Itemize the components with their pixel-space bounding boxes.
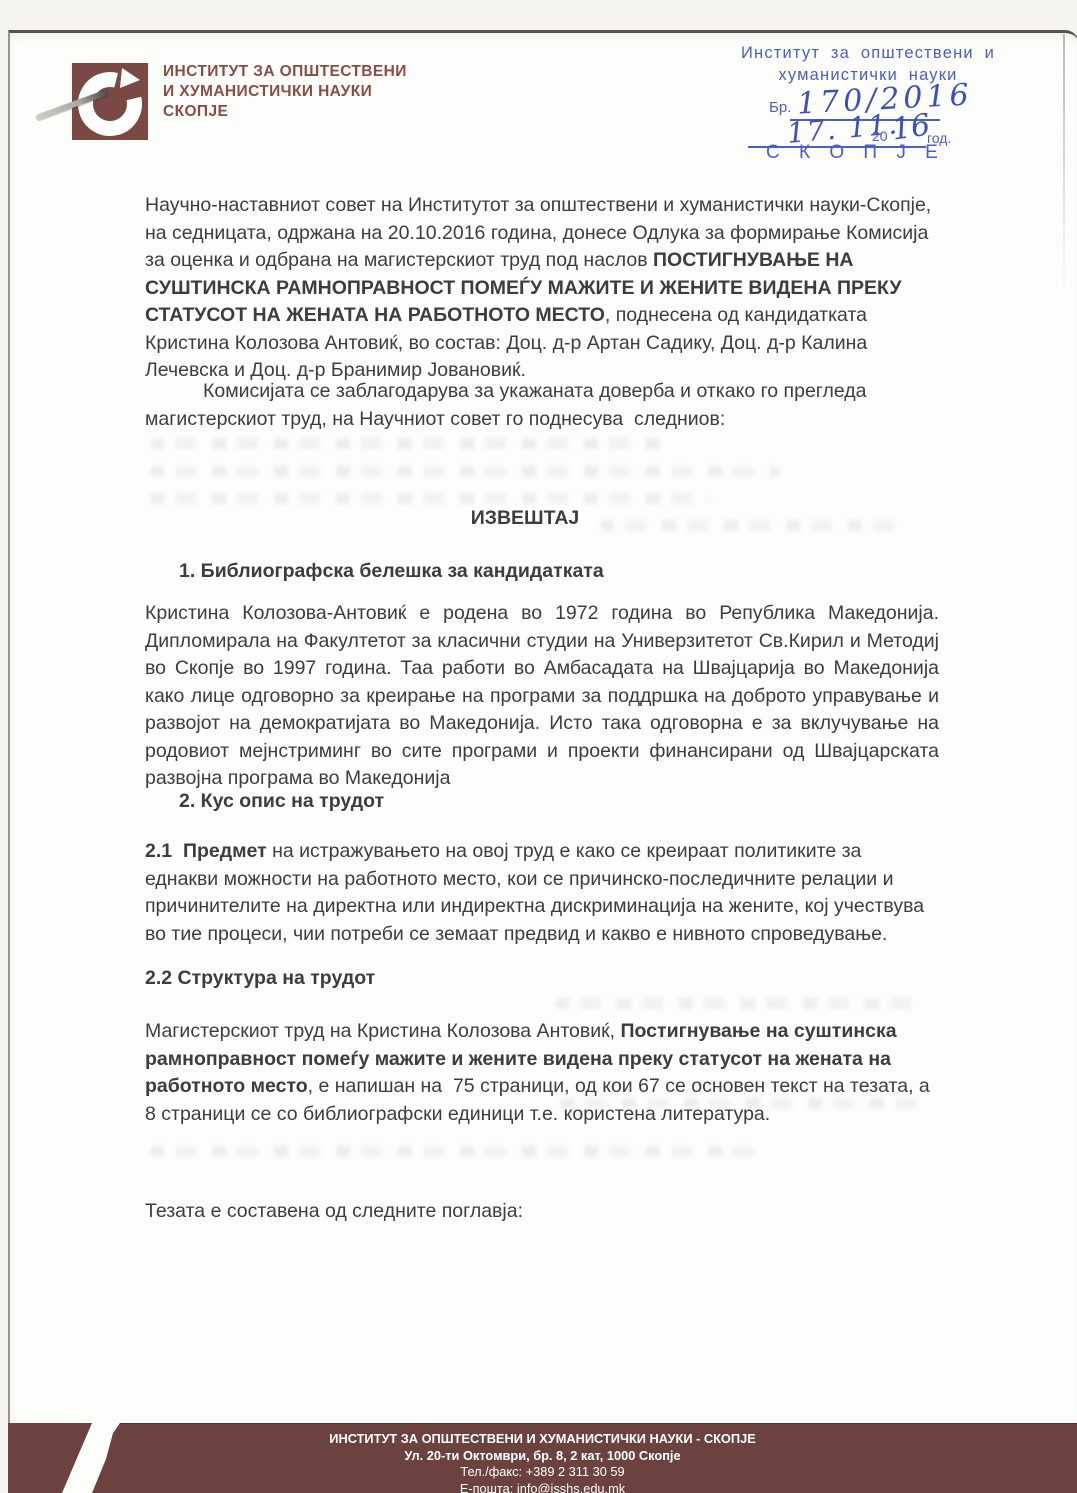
stamp-org-name: Институт за општествени ихуманистички на… (702, 42, 1034, 86)
footer-band: ИНСТИТУТ ЗА ОПШТЕСТВЕНИ И ХУМАНИСТИЧКИ Н… (8, 1423, 1077, 1493)
section-2-2-heading: 2.2 Структура на трудот (145, 965, 939, 993)
scanned-document: ИНСТИТУТ ЗА ОПШТЕСТВЕНИ И ХУМАНИСТИЧКИ Н… (0, 0, 1077, 1493)
paragraph-chapters-intro: Тезата е составена од следните поглавја: (145, 1198, 939, 1226)
paragraph-decision: Научно-наставниот совет на Институтот за… (145, 192, 939, 385)
bleedthrough-line (150, 438, 670, 449)
stamp-number-label: Бр. (769, 99, 791, 116)
org-name-line1: ИНСТИТУТ ЗА ОПШТЕСТВЕНИ (163, 62, 407, 82)
paragraph-subject: 2.1 Предмет на истражувањето на овој тру… (145, 838, 939, 948)
footer-contact-block: ИНСТИТУТ ЗА ОПШТЕСТВЕНИ И ХУМАНИСТИЧКИ Н… (8, 1431, 1077, 1493)
org-name-line3: СКОПЈЕ (163, 102, 407, 122)
bleedthrough-line (150, 1146, 770, 1157)
stamp-city: С К О П Ј Е (766, 142, 945, 164)
bleedthrough-line (555, 998, 925, 1009)
paragraph-structure-pre: Магистерскиот труд на Кристина Колозова … (145, 1020, 621, 1042)
section-2-heading: 2. Кус опис на трудот (145, 788, 973, 816)
section-1-heading: 1. Библиографска белешка за кандидатката (145, 558, 973, 586)
paragraph-commission: Комисијата се заблагодарува за укажаната… (145, 378, 939, 433)
bleedthrough-line (150, 466, 780, 477)
footer-org-name: ИНСТИТУТ ЗА ОПШТЕСТВЕНИ И ХУМАНИСТИЧКИ Н… (8, 1431, 1077, 1448)
paragraph-structure: Магистерскиот труд на Кристина Колозова … (145, 1018, 939, 1128)
footer-phone: Тел./факс: +389 2 311 30 59 (8, 1464, 1077, 1481)
bleedthrough-line (150, 493, 710, 504)
footer-email: Е-пошта: info@isshs.edu.mk (8, 1481, 1077, 1493)
subject-label-bold: 2.1 Предмет (145, 840, 267, 862)
letterhead-org-name: ИНСТИТУТ ЗА ОПШТЕСТВЕНИ И ХУМАНИСТИЧКИ Н… (163, 62, 407, 122)
paragraph-biography: Кристина Колозова-Антовиќ е родена во 19… (145, 600, 939, 793)
org-name-line2: И ХУМАНИСТИЧКИ НАУКИ (163, 82, 407, 102)
page-right-edge-shadow (1063, 34, 1065, 294)
footer-address: Ул. 20-ти Октомври, бр. 8, 2 кат, 1000 С… (8, 1448, 1077, 1465)
report-title: ИЗВЕШТАЈ (145, 505, 905, 533)
stamp-org-line1: Институт за општествени и (741, 44, 995, 62)
